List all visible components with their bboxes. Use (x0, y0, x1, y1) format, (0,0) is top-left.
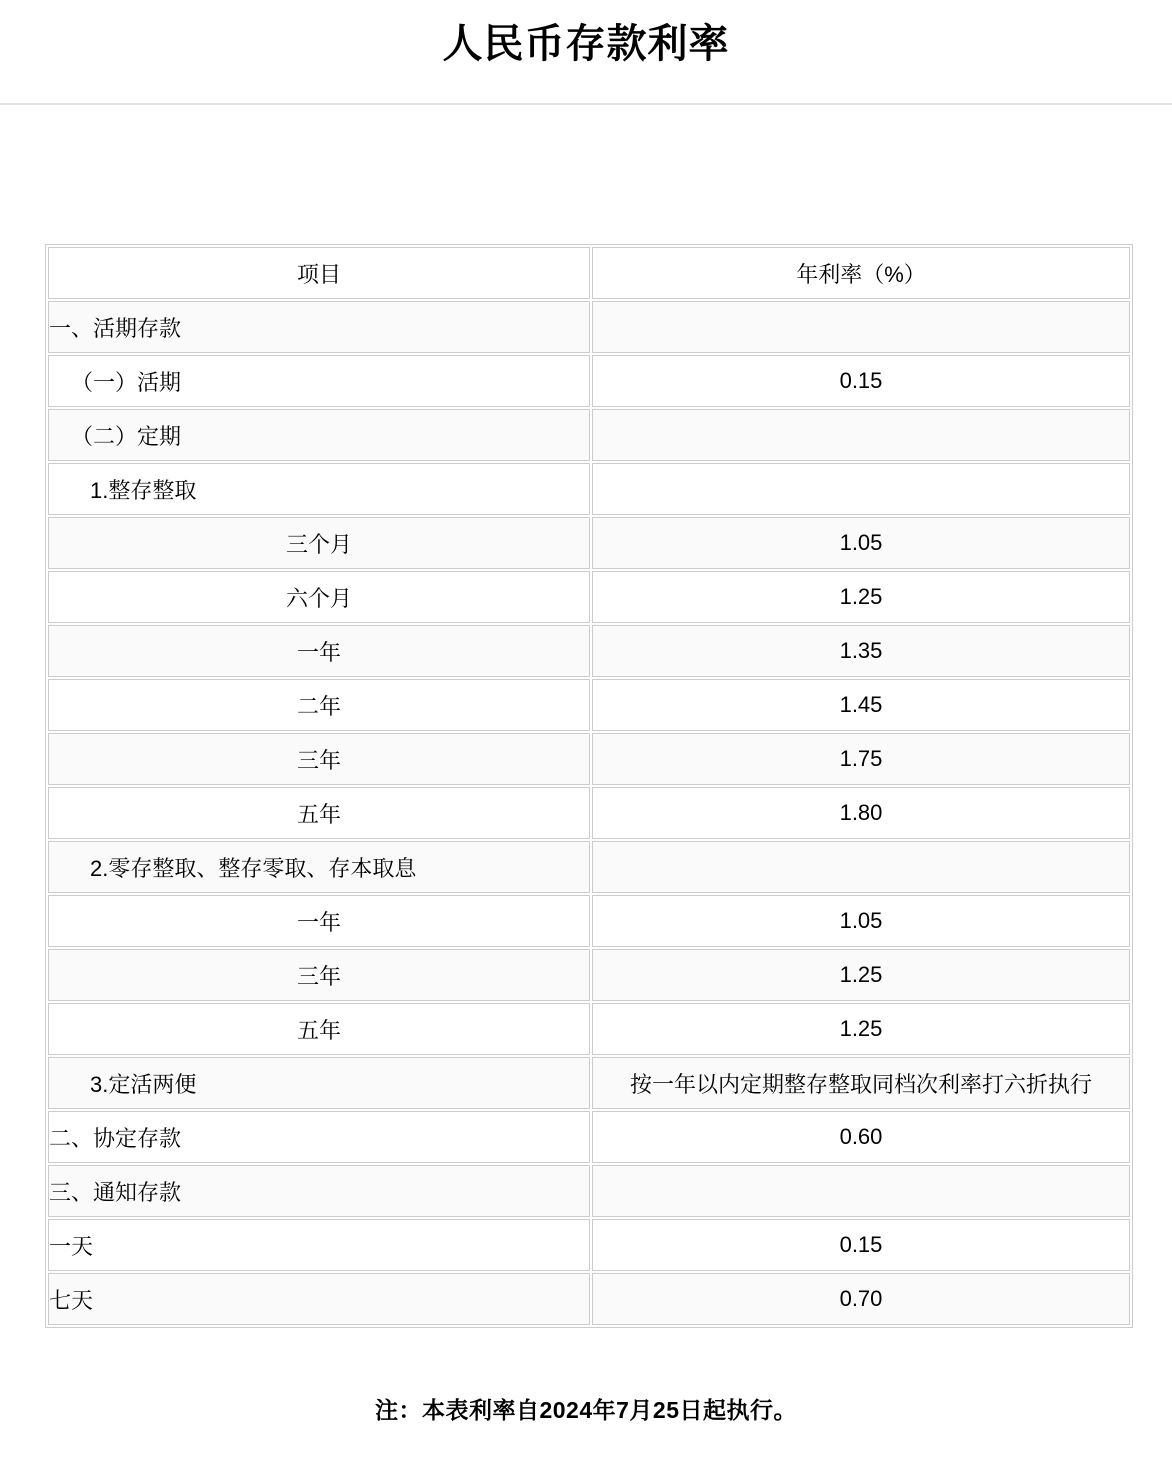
table-row: 三年 1.25 (48, 949, 1130, 1001)
table-row: 2.零存整取、整存零取、存本取息 (48, 841, 1130, 893)
row-value (592, 301, 1130, 353)
row-value: 0.15 (592, 355, 1130, 407)
row-value: 1.75 (592, 733, 1130, 785)
table-row: 三、通知存款 (48, 1165, 1130, 1217)
table-row: （二）定期 (48, 409, 1130, 461)
row-label: 五年 (48, 787, 590, 839)
table-row: 3.定活两便 按一年以内定期整存整取同档次利率打六折执行 (48, 1057, 1130, 1109)
table-row: 五年 1.80 (48, 787, 1130, 839)
column-header-rate: 年利率（%） (592, 247, 1130, 299)
table-row: 1.整存整取 (48, 463, 1130, 515)
table-row: 一、活期存款 (48, 301, 1130, 353)
row-label: 三个月 (48, 517, 590, 569)
table-row: 一年 1.35 (48, 625, 1130, 677)
table-row: （一）活期 0.15 (48, 355, 1130, 407)
row-value (592, 1165, 1130, 1217)
row-value: 1.45 (592, 679, 1130, 731)
row-label: 2.零存整取、整存零取、存本取息 (48, 841, 590, 893)
row-label: 一年 (48, 625, 590, 677)
page-header: 人民币存款利率 (0, 0, 1172, 105)
table-header-row: 项目 年利率（%） (48, 247, 1130, 299)
row-label: 六个月 (48, 571, 590, 623)
row-value: 1.05 (592, 895, 1130, 947)
table-row: 一天 0.15 (48, 1219, 1130, 1271)
row-value: 1.25 (592, 571, 1130, 623)
row-label: 1.整存整取 (48, 463, 590, 515)
row-value: 1.80 (592, 787, 1130, 839)
row-label: （二）定期 (48, 409, 590, 461)
table-row: 一年 1.05 (48, 895, 1130, 947)
row-label: 二、协定存款 (48, 1111, 590, 1163)
footnote: 注：本表利率自2024年7月25日起执行。 (0, 1392, 1172, 1425)
table-row: 二年 1.45 (48, 679, 1130, 731)
page: 人民币存款利率 项目 年利率（%） 一、活期存款 （一）活期 0.15 （二）定… (0, 0, 1172, 1468)
row-label: 二年 (48, 679, 590, 731)
table-row: 三个月 1.05 (48, 517, 1130, 569)
row-label: 一年 (48, 895, 590, 947)
table-row: 六个月 1.25 (48, 571, 1130, 623)
row-value (592, 409, 1130, 461)
row-label: （一）活期 (48, 355, 590, 407)
row-label: 三年 (48, 733, 590, 785)
table-row: 二、协定存款 0.60 (48, 1111, 1130, 1163)
row-label: 一、活期存款 (48, 301, 590, 353)
row-label: 七天 (48, 1273, 590, 1325)
row-label: 一天 (48, 1219, 590, 1271)
row-value: 1.35 (592, 625, 1130, 677)
row-value: 0.60 (592, 1111, 1130, 1163)
table-row: 三年 1.75 (48, 733, 1130, 785)
page-title: 人民币存款利率 (0, 21, 1172, 67)
row-value: 0.15 (592, 1219, 1130, 1271)
column-header-item: 项目 (48, 247, 590, 299)
row-value: 1.25 (592, 949, 1130, 1001)
row-value (592, 841, 1130, 893)
table-row: 七天 0.70 (48, 1273, 1130, 1325)
deposit-rates-table: 项目 年利率（%） 一、活期存款 （一）活期 0.15 （二）定期 1.整存整取… (45, 244, 1133, 1328)
row-label: 3.定活两便 (48, 1057, 590, 1109)
row-value: 0.70 (592, 1273, 1130, 1325)
table-row: 五年 1.25 (48, 1003, 1130, 1055)
row-value (592, 463, 1130, 515)
row-value: 1.05 (592, 517, 1130, 569)
row-label: 三、通知存款 (48, 1165, 590, 1217)
row-value: 按一年以内定期整存整取同档次利率打六折执行 (592, 1057, 1130, 1109)
row-value: 1.25 (592, 1003, 1130, 1055)
row-label: 三年 (48, 949, 590, 1001)
row-label: 五年 (48, 1003, 590, 1055)
